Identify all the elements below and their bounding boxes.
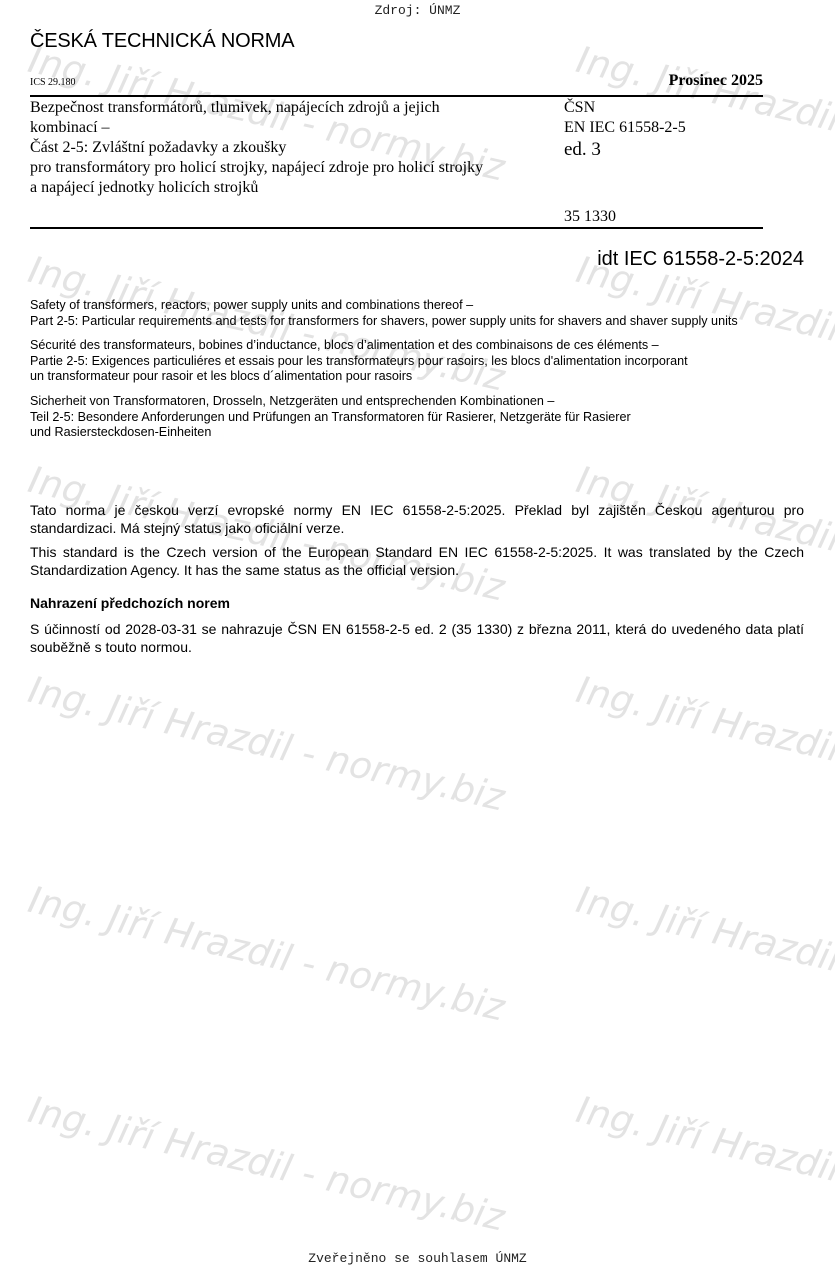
title-line: Safety of transformers, reactors, power … [30, 298, 810, 314]
replacement-heading: Nahrazení předchozích norem [30, 595, 230, 611]
standard-number: EN IEC 61558-2-5 [564, 118, 686, 138]
title-line: Teil 2-5: Besondere Anforderungen und Pr… [30, 410, 810, 426]
header-rule-top [30, 95, 763, 97]
title-line: Partie 2-5: Exigences particuliéres et e… [30, 354, 810, 370]
standard-designation: ČSN EN IEC 61558-2-5 ed. 3 [564, 98, 686, 162]
footer-note: Zveřejněno se souhlasem ÚNMZ [0, 1251, 835, 1266]
publication-date: Prosinec 2025 [669, 72, 763, 90]
header-rule-bottom [30, 227, 763, 229]
watermark: Ing. Jiří Hrazdil - normy.biz [24, 668, 508, 819]
watermark: Ing. Jiří Hrazdil - normy.biz [572, 668, 835, 819]
title-french: Sécurité des transformateurs, bobines d’… [30, 338, 810, 385]
replacement-paragraph: S účinností od 2028-03-31 se nahrazuje Č… [30, 620, 804, 656]
title-line: Sécurité des transformateurs, bobines d’… [30, 338, 810, 354]
watermark: Ing. Jiří Hrazdil - normy.biz [572, 1088, 835, 1239]
csn-label: ČSN [564, 98, 686, 118]
english-version-paragraph: This standard is the Czech version of th… [30, 543, 804, 579]
source-line: Zdroj: ÚNMZ [0, 3, 835, 18]
edition: ed. 3 [564, 138, 686, 162]
watermark: Ing. Jiří Hrazdil - normy.biz [24, 1088, 508, 1239]
title-line: Část 2-5: Zvláštní požadavky a zkoušky [30, 138, 550, 158]
title-line: a napájecí jednotky holicích strojků [30, 178, 550, 198]
identity-statement: idt IEC 61558-2-5:2024 [597, 248, 804, 271]
title-line: Sicherheit von Transformatoren, Drosseln… [30, 394, 810, 410]
title-line: Bezpečnost transformátorů, tlumivek, nap… [30, 98, 550, 118]
czech-version-paragraph: Tato norma je českou verzí evropské norm… [30, 501, 804, 537]
title-line: kombinací – [30, 118, 550, 138]
watermark: Ing. Jiří Hrazdil - normy.biz [572, 878, 835, 1029]
classification-number: 35 1330 [564, 208, 616, 226]
watermark: Ing. Jiří Hrazdil - normy.biz [24, 878, 508, 1029]
czech-title: Bezpečnost transformátorů, tlumivek, nap… [30, 98, 550, 198]
title-line: pro transformátory pro holicí strojky, n… [30, 158, 550, 178]
title-line: un transformateur pour rasoir et les blo… [30, 369, 810, 385]
ics-code: ICS 29.180 [30, 77, 76, 88]
title-english: Safety of transformers, reactors, power … [30, 298, 810, 329]
title-german: Sicherheit von Transformatoren, Drosseln… [30, 394, 810, 441]
document-kind-heading: ČESKÁ TECHNICKÁ NORMA [30, 30, 294, 53]
title-line: Part 2-5: Particular requirements and te… [30, 314, 810, 330]
title-line: und Rasiersteckdosen-Einheiten [30, 425, 810, 441]
